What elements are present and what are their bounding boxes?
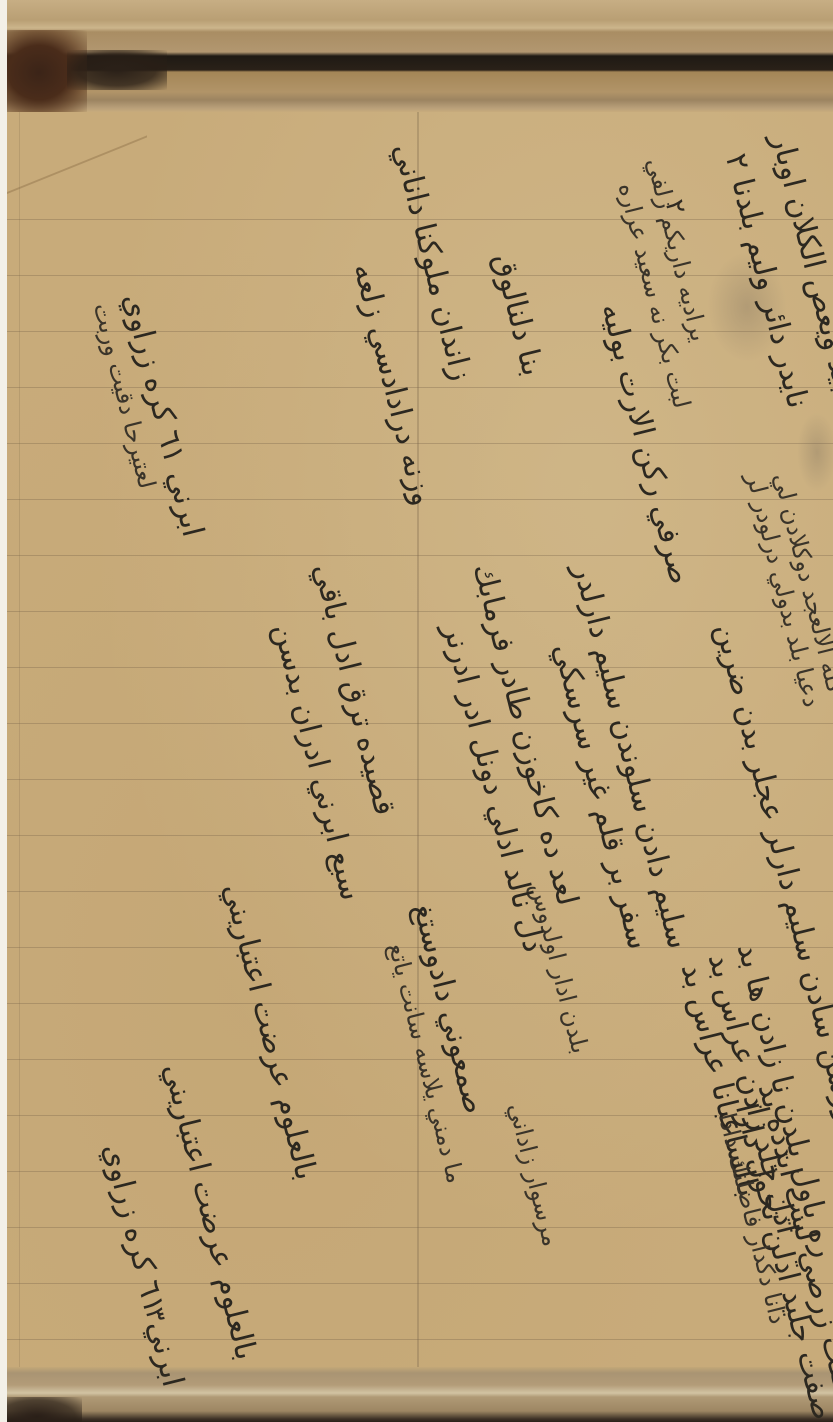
ruled-line [7,779,833,780]
ruled-line [7,667,833,668]
paper-fold [417,112,419,1367]
ruled-line [7,1339,833,1340]
paper-tear [7,112,147,194]
ruled-line [7,835,833,836]
ruled-line [7,723,833,724]
smudge [797,412,833,492]
binding-edge-bottom [7,1367,833,1422]
margin-line [19,112,20,1367]
scanned-page: العبيد ويعص الكلان اوبار نايدر دائر وليم… [0,0,833,1422]
binding-edge-top [7,0,833,112]
ruled-line [7,555,833,556]
ink-stain [67,50,167,90]
ink-stain [7,1397,82,1422]
ruled-line [7,1115,833,1116]
ruled-line [7,611,833,612]
scan-margin [0,0,7,1422]
ruled-line [7,891,833,892]
